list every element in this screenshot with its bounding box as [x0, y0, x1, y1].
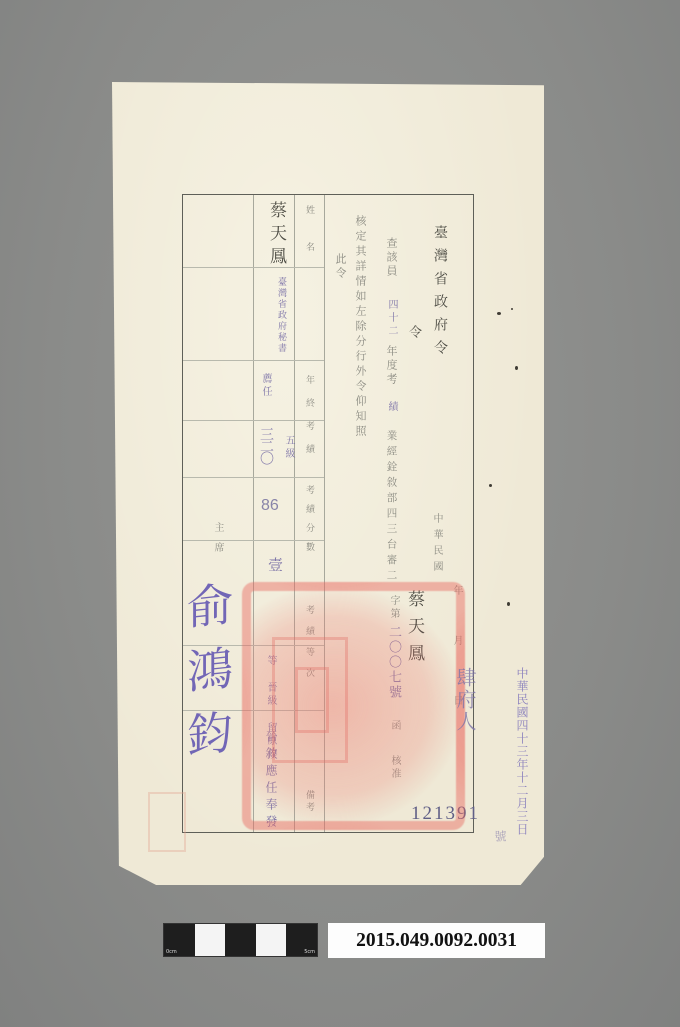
grade-value: 績	[386, 401, 396, 414]
result-value: 壹	[267, 557, 282, 575]
document-title: 臺灣省政府令	[433, 225, 447, 363]
paper-speck	[511, 308, 513, 310]
scale-segment	[195, 924, 226, 956]
name-label: 姓名	[304, 205, 313, 279]
salary-value: 三二〇	[259, 427, 273, 463]
document-paper: 臺灣省政府令 令 查該員 四十二 年度考 績 業經銓敘部四三台審二 核定其詳情如…	[112, 82, 544, 885]
small-faded-seal	[148, 792, 186, 852]
addressee-line: 查該員	[386, 237, 397, 279]
chairman-label: 主席	[212, 522, 222, 562]
performance-text: 業經銓敘部四三台審二	[386, 430, 397, 585]
order-char: 令	[407, 325, 420, 341]
seal-inner-frame	[295, 667, 329, 733]
name-value: 蔡天鳳	[267, 201, 284, 270]
year-suffix: 年度考	[386, 345, 397, 387]
salary-grade: 五級	[283, 435, 293, 461]
year-salary-label: 年終考績	[304, 375, 313, 467]
catalog-number: 2015.049.0092.0031	[356, 930, 517, 952]
paper-speck	[507, 602, 510, 606]
scale-segment	[225, 924, 256, 956]
purple-receipt-stamp: 肆府人	[455, 667, 475, 733]
paper-speck	[489, 484, 492, 487]
serial-suffix: 號	[494, 830, 506, 845]
scale-bar: 0cm 5cm	[163, 923, 318, 957]
catalog-number-label: 2015.049.0092.0031	[328, 923, 545, 958]
paper-speck	[497, 312, 501, 315]
scale-tick-right: 5cm	[304, 949, 315, 955]
purple-date-stamp: 中華民國四十三年十二月三日	[516, 667, 528, 836]
score-value: 86	[261, 497, 279, 515]
agency-value: 臺灣省政府秘書	[276, 277, 285, 354]
rank-value: 薦任	[260, 373, 270, 399]
scale-tick-left: 0cm	[166, 949, 177, 955]
scale-segment	[256, 924, 287, 956]
paper-speck	[515, 366, 518, 370]
year-value: 四十二	[386, 299, 396, 338]
score-label: 考績分數	[304, 485, 313, 561]
chairman-signature: 俞鴻鈞	[184, 580, 230, 777]
closing-text: 此令	[335, 253, 346, 281]
decision-text: 核定其詳情如左除分行外令仰知照	[355, 215, 366, 440]
date-label: 中華民國	[431, 513, 441, 577]
